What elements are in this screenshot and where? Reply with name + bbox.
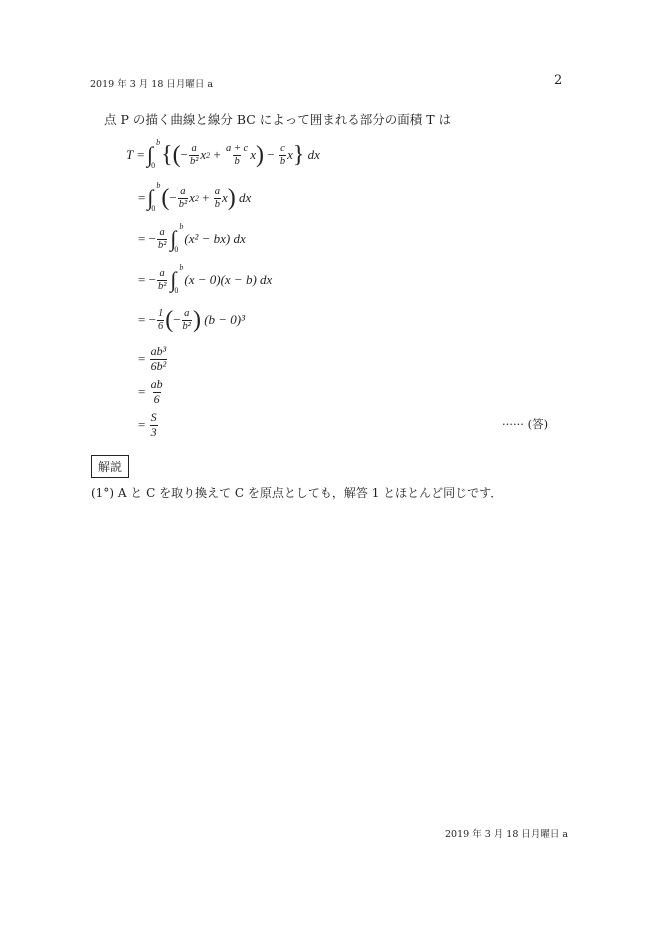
integral-sign: ∫b0 [170, 267, 176, 293]
integral-sign: ∫b0 [147, 142, 153, 168]
equation-line-8: = S3 [138, 408, 159, 442]
integral-sign: ∫b0 [147, 185, 153, 211]
footer-date: 2019 年 3 月 18 日月曜日 a [445, 826, 568, 840]
integral-sign: ∫b0 [170, 226, 176, 252]
equation-line-1: T = ∫b0 {(− ab²x2 + a + cbx) − cbx} dx [126, 138, 320, 172]
equation-line-3: = − ab² ∫b0 (x² − bx) dx [138, 222, 246, 256]
equation-line-7: = ab6 [138, 375, 165, 409]
answer-mark: ······ (答) [502, 416, 548, 432]
equation-line-4: = − ab² ∫b0 (x − 0)(x − b) dx [138, 263, 272, 297]
lhs: T = [126, 147, 145, 163]
equation-line-6: = ab³6b² [138, 342, 168, 376]
intro-text: 点 P の描く曲線と線分 BC によって囲まれる部分の面積 T は [104, 110, 451, 128]
commentary-text: (1°) A と C を取り換えて C を原点としても，解答 1 とほとんど同じ… [91, 484, 502, 501]
page-number: 2 [554, 73, 562, 88]
header-date: 2019 年 3 月 18 日月曜日 a [90, 76, 213, 90]
equation-line-2: = ∫b0 (− ab²x2 + abx) dx [138, 181, 251, 215]
equation-line-5: = − 16 (− ab²) (b − 0)³ [138, 303, 245, 337]
commentary-label: 解説 [91, 455, 129, 478]
